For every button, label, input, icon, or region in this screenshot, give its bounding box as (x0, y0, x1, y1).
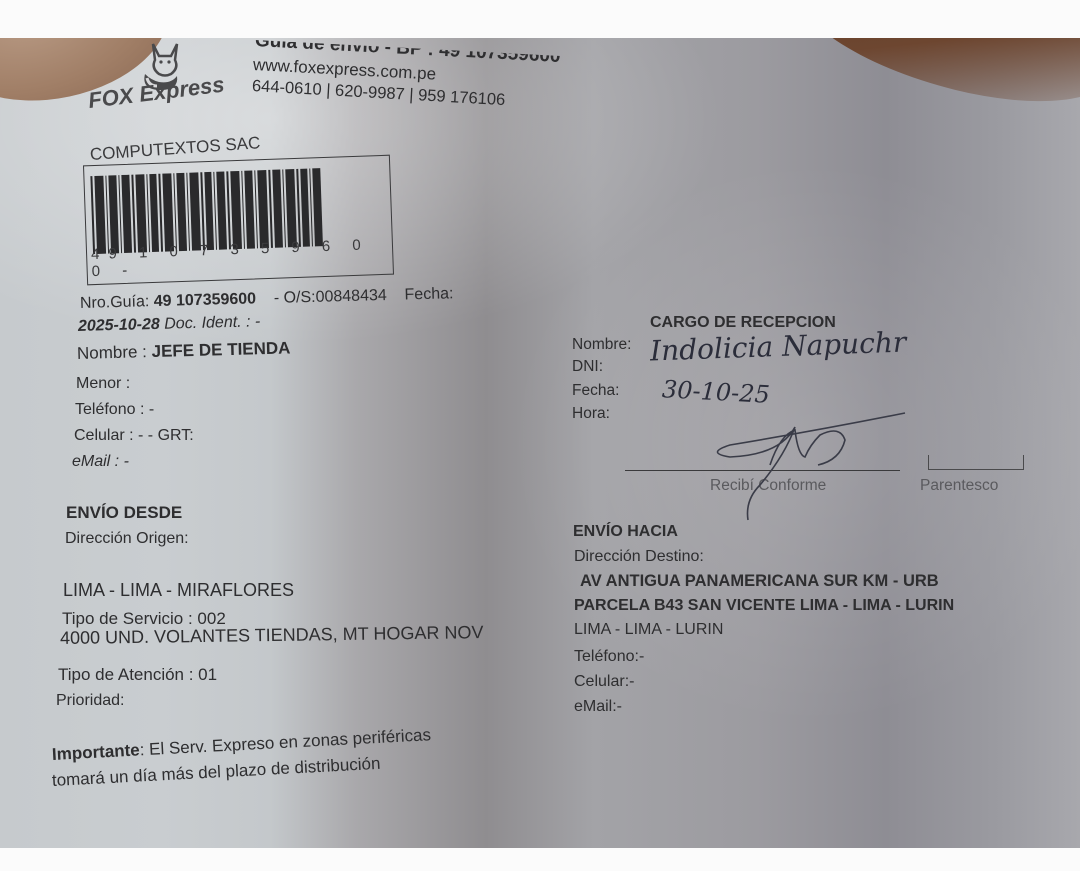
barcode-bar (257, 170, 269, 248)
order-service: - O/S:00848434 (274, 287, 387, 307)
parentesco-box (928, 455, 1024, 470)
doc-ident: Doc. Ident. : - (164, 313, 260, 333)
destination-title: ENVÍO HACIA (573, 523, 678, 541)
origin-location: LIMA - LIMA - MIRAFLORES (63, 580, 294, 601)
destination-phone: Teléfono:- (574, 648, 644, 666)
destination-cell: Celular:- (574, 673, 634, 691)
barcode-bar (149, 174, 159, 252)
barcode: 49 1 0 7 3 5 9 6 0 0 - (83, 155, 394, 286)
reception-date-label: Fecha: (572, 382, 619, 400)
barcode-bar (162, 173, 174, 251)
reception-date-handwritten: 30-10-25 (661, 375, 770, 409)
reception-dni-label: DNI: (572, 358, 603, 376)
priority: Prioridad: (56, 692, 124, 710)
menor-field: Menor : (76, 375, 130, 393)
barcode-bar (176, 173, 187, 251)
barcode-bar (121, 175, 132, 253)
phone-field: Teléfono : - (75, 401, 154, 419)
barcode-bar (135, 174, 147, 252)
origin-title: ENVÍO DESDE (66, 503, 182, 523)
barcode-bar (230, 171, 242, 249)
date-value: 2025-10-28 (78, 316, 160, 335)
attention-type: Tipo de Atención : 01 (58, 665, 217, 685)
parentesco-label: Parentesco (920, 477, 998, 495)
destination-address-line2: PARCELA B43 SAN VICENTE LIMA - LIMA - LU… (574, 597, 954, 615)
origin-address-label: Dirección Origen: (65, 530, 189, 548)
barcode-bar (285, 169, 297, 247)
barcode-bar (244, 170, 255, 248)
destination-location: LIMA - LIMA - LURIN (574, 621, 723, 639)
date-label: Fecha: (404, 285, 453, 303)
email-field: eMail : - (72, 453, 129, 471)
guide-number-label: Nro.Guía: (80, 293, 150, 312)
destination-address-line1: AV ANTIGUA PANAMERICANA SUR KM - URB (580, 572, 939, 591)
barcode-bar (216, 171, 227, 249)
name-label: Nombre : (77, 342, 147, 363)
barcode-bar (204, 172, 214, 250)
notice-label: Importante (51, 740, 140, 764)
signature (700, 405, 910, 525)
finger (780, 38, 1080, 126)
destination-address-label: Dirección Destino: (574, 548, 704, 566)
destination-email: eMail:- (574, 698, 622, 716)
barcode-bar (312, 168, 323, 246)
barcode-bar (108, 175, 119, 253)
reception-name-label: Nombre: (572, 336, 631, 354)
cell-field: Celular : - - GRT: (74, 427, 194, 445)
barcode-bar (94, 176, 106, 254)
recipient-name: JEFE DE TIENDA (151, 338, 290, 361)
barcode-bar (272, 170, 283, 248)
fox-express-logo: FOX Express (90, 40, 240, 125)
guide-number: 49 107359600 (154, 290, 257, 310)
barcode-bar (300, 169, 310, 247)
reception-time-label: Hora: (572, 405, 610, 423)
barcode-bar (189, 172, 201, 250)
